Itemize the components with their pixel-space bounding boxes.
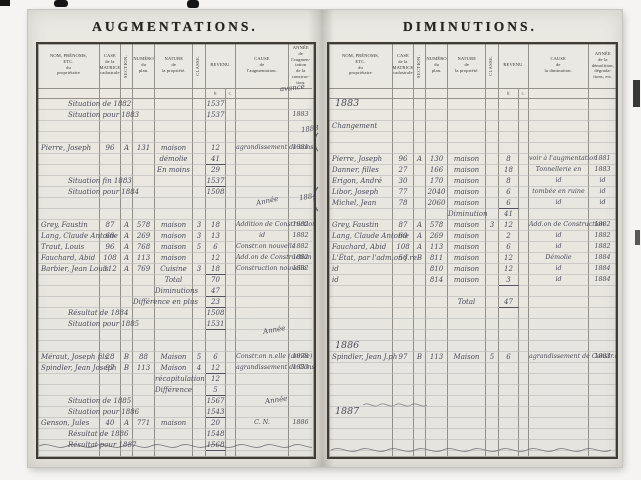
table-cell xyxy=(529,121,589,132)
table-cell xyxy=(155,187,193,198)
table-cell xyxy=(448,385,486,396)
table-cell: maison xyxy=(448,176,486,187)
table-cell xyxy=(226,341,236,352)
table-cell xyxy=(226,143,236,154)
table-cell xyxy=(519,231,529,242)
table-cell xyxy=(100,396,121,407)
table-cell: Barbier, Jean Louis xyxy=(38,264,100,275)
table-cell xyxy=(236,341,289,352)
table-cell xyxy=(289,374,312,385)
table-cell: 1883 xyxy=(589,352,616,363)
table-cell xyxy=(499,132,519,143)
table-cell xyxy=(38,341,100,352)
table-cell: Résultat de 1884 xyxy=(38,308,100,319)
table-cell xyxy=(329,110,393,121)
table-cell xyxy=(519,132,529,143)
table-cell: 97 xyxy=(393,352,414,363)
table-cell xyxy=(414,110,426,121)
table-cell xyxy=(155,396,193,407)
diminutions-title: DIMINUTIONS. xyxy=(355,19,585,35)
table-cell: 814 xyxy=(426,275,448,286)
table-cell xyxy=(236,407,289,418)
table-cell: maison xyxy=(448,242,486,253)
table-cell xyxy=(426,110,448,121)
table-cell xyxy=(206,198,226,209)
table-cell xyxy=(100,275,121,286)
table-cell xyxy=(519,396,529,407)
table-cell: 3 xyxy=(193,220,206,231)
table-cell xyxy=(193,154,206,165)
table-cell: Genson, Jules xyxy=(38,418,100,429)
table-cell xyxy=(289,286,312,297)
table-cell xyxy=(226,374,236,385)
table-cell xyxy=(193,198,206,209)
table-cell: Situation pour 1883 xyxy=(38,110,100,121)
table-cell: Total xyxy=(448,297,486,308)
table-cell xyxy=(289,132,312,143)
table-cell xyxy=(529,132,589,143)
table-cell xyxy=(329,308,393,319)
table-cell: 1886 xyxy=(329,341,393,352)
table-cell xyxy=(589,330,616,341)
table-cell xyxy=(133,154,155,165)
table-cell xyxy=(236,176,289,187)
table-cell xyxy=(486,308,499,319)
table-cell: 1882 xyxy=(289,231,312,242)
table-cell xyxy=(519,121,529,132)
table-cell xyxy=(529,374,589,385)
table-cell xyxy=(193,110,206,121)
table-cell: C. N. xyxy=(236,418,289,429)
table-cell xyxy=(193,286,206,297)
table-cell xyxy=(426,363,448,374)
table-cell xyxy=(393,330,414,341)
table-cell xyxy=(193,429,206,440)
table-cell xyxy=(519,253,529,264)
table-cell: 23 xyxy=(206,297,226,308)
table-cell xyxy=(529,297,589,308)
table-cell xyxy=(121,110,133,121)
table-cell xyxy=(100,330,121,341)
table-cell xyxy=(100,165,121,176)
table-cell: Maison xyxy=(448,352,486,363)
table-cell xyxy=(193,319,206,330)
table-cell xyxy=(193,407,206,418)
table-cell xyxy=(529,407,589,418)
table-cell xyxy=(236,451,289,456)
table-cell xyxy=(289,451,312,456)
table-cell: 60 xyxy=(100,231,121,242)
table-cell: 166 xyxy=(426,165,448,176)
table-cell: 6 xyxy=(499,198,519,209)
table-cell: 1508 xyxy=(206,187,226,198)
table-cell xyxy=(226,319,236,330)
table-cell xyxy=(289,99,312,110)
table-cell: 12 xyxy=(206,374,226,385)
table-cell: Traut, Louis xyxy=(38,242,100,253)
table-cell: démolie xyxy=(155,154,193,165)
table-cell: maison xyxy=(448,264,486,275)
table-cell: Spindler, Jean J.ph xyxy=(329,352,393,363)
table-cell: maison xyxy=(448,231,486,242)
table-cell: A xyxy=(414,154,426,165)
table-cell xyxy=(38,286,100,297)
table-cell xyxy=(289,341,312,352)
handwritten-flourish xyxy=(38,442,312,450)
table-cell xyxy=(486,242,499,253)
table-cell: 18 xyxy=(206,264,226,275)
table-cell xyxy=(193,187,206,198)
table-cell xyxy=(329,374,393,385)
table-cell xyxy=(499,363,519,374)
table-cell: 1883 xyxy=(589,165,616,176)
table-cell xyxy=(486,319,499,330)
table-cell: 13 xyxy=(206,231,226,242)
table-cell: 1537 xyxy=(206,176,226,187)
table-cell xyxy=(589,363,616,374)
subheader-cell xyxy=(393,89,414,98)
table-cell: Total xyxy=(155,275,193,286)
table-cell xyxy=(38,132,100,143)
table-cell xyxy=(289,154,312,165)
subheader-cell xyxy=(121,89,133,98)
table-cell: A xyxy=(121,253,133,264)
table-cell xyxy=(155,451,193,456)
table-cell: 113 xyxy=(133,363,155,374)
table-cell: 3 xyxy=(499,275,519,286)
table-cell xyxy=(519,275,529,286)
table-cell xyxy=(155,198,193,209)
table-cell xyxy=(519,418,529,429)
table-cell: 6 xyxy=(499,352,519,363)
table-cell: 12 xyxy=(499,253,519,264)
subheader-centimes: c. xyxy=(519,89,529,98)
table-cell xyxy=(589,396,616,407)
table-cell: A xyxy=(414,242,426,253)
table-cell: voir à l'augmentation xyxy=(529,154,589,165)
table-cell xyxy=(414,407,426,418)
table-cell xyxy=(226,330,236,341)
table-cell xyxy=(486,132,499,143)
table-cell xyxy=(193,176,206,187)
table-cell xyxy=(519,110,529,121)
table-cell: 1537 xyxy=(206,110,226,121)
table-cell: 768 xyxy=(133,242,155,253)
table-cell xyxy=(329,319,393,330)
table-cell xyxy=(529,363,589,374)
table-cell: Erigon, André xyxy=(329,176,393,187)
table-cell xyxy=(414,121,426,132)
table-cell: 1878 xyxy=(289,352,312,363)
table-cell xyxy=(448,374,486,385)
table-cell xyxy=(393,286,414,297)
table-cell xyxy=(133,187,155,198)
col-header-revenu: REVENU. xyxy=(499,44,529,89)
table-cell xyxy=(499,341,519,352)
table-cell xyxy=(426,132,448,143)
table-cell xyxy=(206,132,226,143)
table-cell xyxy=(414,275,426,286)
table-cell: Situation pour 1884 xyxy=(38,187,100,198)
table-cell: Michel, Jean xyxy=(329,198,393,209)
table-cell xyxy=(426,308,448,319)
table-cell: A xyxy=(121,220,133,231)
table-cell xyxy=(426,407,448,418)
table-cell: A xyxy=(414,220,426,231)
table-cell xyxy=(289,429,312,440)
table-cell xyxy=(486,363,499,374)
table-cell: A xyxy=(414,231,426,242)
table-cell: maison xyxy=(155,231,193,242)
table-cell xyxy=(486,165,499,176)
table-cell: tombée en ruine xyxy=(529,187,589,198)
table-cell xyxy=(414,341,426,352)
table-cell xyxy=(393,418,414,429)
scan-artifact xyxy=(54,0,68,7)
table-cell xyxy=(121,385,133,396)
table-cell xyxy=(226,297,236,308)
table-cell xyxy=(193,396,206,407)
table-cell xyxy=(589,209,616,220)
table-cell xyxy=(414,363,426,374)
table-cell: Différence xyxy=(155,385,193,396)
table-cell xyxy=(100,297,121,308)
col-header-cause: CAUSE de la diminution. xyxy=(529,44,589,89)
table-cell xyxy=(589,121,616,132)
table-cell: Situation de 1885 xyxy=(38,396,100,407)
subheader-cell xyxy=(426,89,448,98)
table-cell: 30 xyxy=(393,176,414,187)
table-cell xyxy=(100,286,121,297)
table-cell: 60 xyxy=(393,231,414,242)
table-cell xyxy=(486,429,499,440)
table-cell xyxy=(529,330,589,341)
table-cell xyxy=(589,374,616,385)
table-cell: 6 xyxy=(206,352,226,363)
table-cell: 1881 xyxy=(289,143,312,154)
table-cell xyxy=(100,209,121,220)
table-cell: A xyxy=(121,264,133,275)
table-cell: Fauchard, Abid xyxy=(329,242,393,253)
table-cell xyxy=(133,407,155,418)
table-cell: 1882 xyxy=(289,220,312,231)
col-header-section: SECTION. xyxy=(414,44,426,89)
table-cell: 4 xyxy=(193,363,206,374)
table-cell xyxy=(289,297,312,308)
table-cell xyxy=(100,429,121,440)
table-cell: Add.on de Construction xyxy=(236,253,289,264)
table-cell: 108 xyxy=(100,253,121,264)
table-cell xyxy=(486,143,499,154)
table-cell: id xyxy=(589,187,616,198)
table-cell xyxy=(155,132,193,143)
table-cell: maison xyxy=(448,220,486,231)
table-cell xyxy=(289,209,312,220)
scanned-register-page: AUGMENTATIONS. DIMINUTIONS. NOM, PRÉNOMS… xyxy=(0,0,641,480)
table-cell: 96 xyxy=(393,154,414,165)
table-cell xyxy=(155,341,193,352)
table-cell xyxy=(486,374,499,385)
col-header-nature: NATURE de la propriété. xyxy=(448,44,486,89)
table-cell: 771 xyxy=(133,418,155,429)
table-cell xyxy=(155,330,193,341)
table-cell xyxy=(329,132,393,143)
table-cell: 12 xyxy=(206,363,226,374)
table-cell: Lang, Claude Antoine xyxy=(38,231,100,242)
table-cell xyxy=(393,99,414,110)
table-cell xyxy=(100,132,121,143)
table-cell xyxy=(589,143,616,154)
table-cell xyxy=(448,286,486,297)
table-cell xyxy=(226,110,236,121)
table-cell xyxy=(414,143,426,154)
table-cell xyxy=(486,99,499,110)
table-cell xyxy=(155,407,193,418)
table-cell: id xyxy=(589,176,616,187)
table-cell xyxy=(529,286,589,297)
table-cell: 113 xyxy=(133,253,155,264)
table-cell: maison xyxy=(155,143,193,154)
table-cell: 1884 xyxy=(589,275,616,286)
table-cell xyxy=(486,396,499,407)
table-cell: 41 xyxy=(499,209,519,220)
table-cell xyxy=(519,209,529,220)
table-cell xyxy=(519,385,529,396)
table-cell xyxy=(193,121,206,132)
table-cell xyxy=(121,451,133,456)
table-cell xyxy=(289,407,312,418)
table-cell xyxy=(499,99,519,110)
augmentations-title: AUGMENTATIONS. xyxy=(60,19,290,35)
table-cell xyxy=(393,297,414,308)
table-cell xyxy=(133,209,155,220)
table-cell: 87 xyxy=(100,220,121,231)
table-cell: 1883 xyxy=(289,363,312,374)
table-cell xyxy=(121,319,133,330)
table-cell xyxy=(155,99,193,110)
table-cell xyxy=(38,374,100,385)
scan-artifact xyxy=(635,230,640,245)
scan-artifact xyxy=(187,0,199,8)
table-cell xyxy=(121,330,133,341)
table-cell xyxy=(393,363,414,374)
table-cell xyxy=(426,418,448,429)
table-cell: 131 xyxy=(133,143,155,154)
table-cell: En moins xyxy=(155,165,193,176)
table-cell xyxy=(448,319,486,330)
table-cell xyxy=(133,132,155,143)
table-cell xyxy=(133,198,155,209)
table-cell xyxy=(133,121,155,132)
table-cell: Différence en plus xyxy=(133,297,155,308)
table-cell: id xyxy=(529,231,589,242)
table-cell xyxy=(121,374,133,385)
table-cell: Maison xyxy=(155,352,193,363)
table-cell: Méraut, Joseph fils xyxy=(38,352,100,363)
table-cell xyxy=(486,110,499,121)
table-cell xyxy=(100,308,121,319)
table-cell xyxy=(519,330,529,341)
table-cell: maison xyxy=(155,418,193,429)
table-cell xyxy=(121,286,133,297)
table-cell xyxy=(193,330,206,341)
table-cell: B xyxy=(414,352,426,363)
table-cell: Démolie xyxy=(529,253,589,264)
table-header: NOM, PRÉNOMS, ETC. du propriétaire CASE … xyxy=(329,44,616,99)
table-cell: id xyxy=(329,264,393,275)
table-cell xyxy=(226,363,236,374)
table-cell xyxy=(529,429,589,440)
table-cell xyxy=(226,407,236,418)
table-cell xyxy=(486,407,499,418)
table-cell xyxy=(499,286,519,297)
table-cell xyxy=(414,165,426,176)
table-cell xyxy=(519,165,529,176)
table-cell xyxy=(206,330,226,341)
table-cell xyxy=(329,418,393,429)
table-cell xyxy=(236,99,289,110)
table-cell xyxy=(100,198,121,209)
table-cell xyxy=(155,110,193,121)
table-cell: 3 xyxy=(486,220,499,231)
table-cell: 27 xyxy=(393,165,414,176)
table-cell xyxy=(448,396,486,407)
subheader-cell xyxy=(133,89,155,98)
table-cell xyxy=(486,341,499,352)
table-cell xyxy=(121,429,133,440)
table-cell xyxy=(193,275,206,286)
subheader-cell xyxy=(486,89,499,98)
table-cell xyxy=(236,209,289,220)
table-cell: agrandissement de Constr.on (1883) xyxy=(236,363,289,374)
table-cell: L'État, par l'adm.on f.re xyxy=(329,253,393,264)
subheader-cell xyxy=(38,89,100,98)
subheader-cell xyxy=(100,89,121,98)
table-cell xyxy=(100,341,121,352)
table-cell xyxy=(499,110,519,121)
table-cell xyxy=(289,165,312,176)
table-cell xyxy=(133,451,155,456)
table-cell xyxy=(289,308,312,319)
table-cell xyxy=(393,308,414,319)
col-header-nature: NATURE de la propriété. xyxy=(155,44,193,89)
table-cell xyxy=(486,121,499,132)
table-cell: 12 xyxy=(499,220,519,231)
col-header-section: SECTION. xyxy=(121,44,133,89)
table-cell: 96 xyxy=(100,242,121,253)
table-cell: 810 xyxy=(426,264,448,275)
table-cell: Situation pour 1885 xyxy=(38,319,100,330)
table-cell xyxy=(589,132,616,143)
table-cell xyxy=(289,319,312,330)
table-cell xyxy=(393,110,414,121)
table-cell xyxy=(193,308,206,319)
table-cell: 29 xyxy=(206,165,226,176)
table-cell: id xyxy=(329,275,393,286)
table-cell: 77 xyxy=(393,187,414,198)
table-cell xyxy=(226,242,236,253)
subheader-cell xyxy=(589,89,616,98)
table-cell xyxy=(529,396,589,407)
table-cell xyxy=(193,451,206,456)
table-cell: 130 xyxy=(426,154,448,165)
table-cell: Tonnellerie en xyxy=(529,165,589,176)
table-cell: Situation de 1882 xyxy=(38,99,100,110)
table-cell xyxy=(519,154,529,165)
table-cell: maison xyxy=(155,253,193,264)
table-cell: 578 xyxy=(133,220,155,231)
table-cell: Addition de Construction xyxy=(236,220,289,231)
